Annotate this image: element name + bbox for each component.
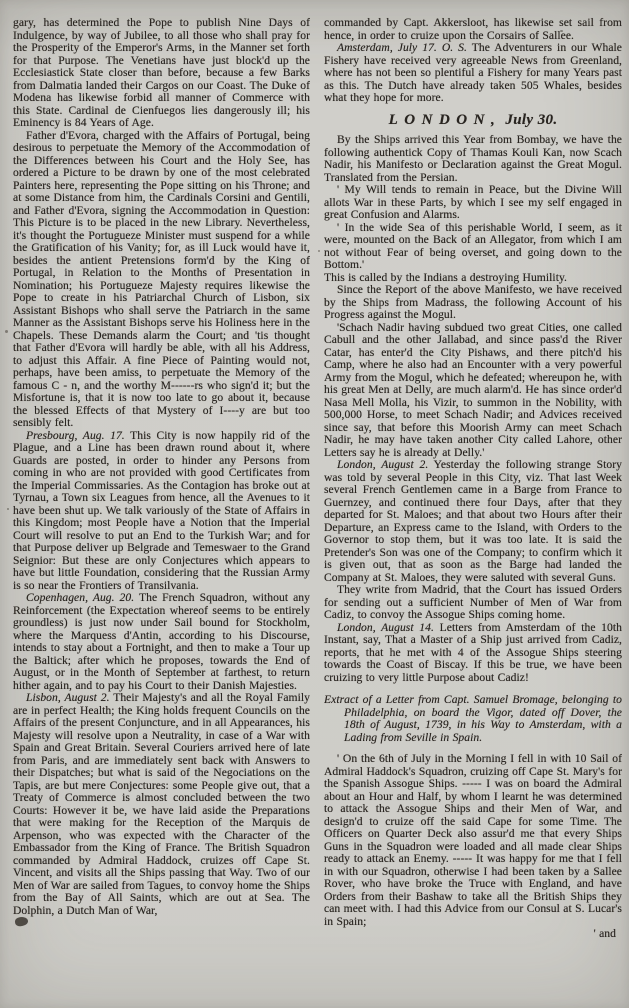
london-heading-city: LONDON, [389, 112, 502, 128]
dateline: London, August 2. [337, 458, 428, 471]
newspaper-page: gary, has determined the Pope to publish… [0, 0, 629, 1008]
news-paragraph: By the Ships arrived this Year from Bomb… [324, 134, 622, 184]
quoted-paragraph: ' ' ' ' ' ' ' ' ' ' ' ''Schach Nadir hav… [324, 322, 622, 460]
extract-heading: Extract of a Letter from Capt. Samuel Br… [324, 694, 622, 744]
dateline: Lisbon, August 2. [26, 691, 110, 704]
news-paragraph: Since the Report of the above Manifesto,… [324, 284, 622, 322]
dateline: London, August 14. [337, 621, 434, 634]
news-paragraph: London, August 14. Letters from Amsterda… [324, 622, 622, 685]
paragraph-text: 'Schach Nadir having subdued two great C… [324, 321, 622, 459]
right-column: commanded by Capt. Akkersloot, has likew… [324, 17, 622, 1002]
news-paragraph: Father d'Evora, charged with the Affairs… [13, 130, 310, 430]
paper-speck [7, 508, 9, 510]
news-paragraph: Presbourg, Aug. 17. This City is now hap… [13, 430, 310, 593]
paper-speck [318, 250, 320, 252]
left-column: gary, has determined the Pope to publish… [13, 17, 310, 1002]
paragraph-text: ' My Will tends to remain in Peace, but … [324, 183, 622, 221]
quoted-paragraph: ' ' '' In the wide Sea of this perishabl… [324, 222, 622, 272]
dateline: Presbourg, Aug. 17. [26, 429, 125, 442]
news-paragraph: Lisbon, August 2. Their Majesty's and al… [13, 692, 310, 917]
paragraph-text: This City is now happily rid of the Plag… [13, 429, 310, 592]
quoted-letter-paragraph: ' ' ' ' ' ' ' ' ' ' ' ' ' ' '' On the 6t… [324, 753, 622, 928]
paragraph-text: The French Squadron, without any Reinfor… [13, 591, 310, 692]
news-paragraph: Amsterdam, July 17. O. S. The Adventurer… [324, 42, 622, 105]
paper-speck [5, 330, 8, 333]
paper-speck [560, 30, 563, 32]
paragraph-text: Yesterday the following strange Story wa… [324, 458, 622, 584]
catchword: ' and [324, 928, 622, 941]
news-paragraph: commanded by Capt. Akkersloot, has likew… [324, 17, 622, 42]
paragraph-text: ' In the wide Sea of this perishable Wor… [324, 221, 622, 272]
london-heading-date: July 30. [505, 112, 557, 128]
news-paragraph: London, August 2. Yesterday the followin… [324, 459, 622, 584]
dateline: Copenhagen, Aug. 20. [26, 591, 134, 604]
dateline: Amsterdam, July 17. O. S. [337, 41, 467, 54]
quoted-paragraph: ' '' My Will tends to remain in Peace, b… [324, 184, 622, 222]
paragraph-text: Their Majesty's and all the Royal Family… [13, 691, 310, 917]
london-heading: LONDON, July 30. [324, 114, 622, 127]
news-paragraph: They write from Madrid, that the Court h… [324, 584, 622, 622]
paragraph-text: ' On the 6th of July in the Morning I fe… [324, 752, 622, 928]
news-paragraph: Copenhagen, Aug. 20. The French Squadron… [13, 592, 310, 692]
news-paragraph: gary, has determined the Pope to publish… [13, 17, 310, 130]
